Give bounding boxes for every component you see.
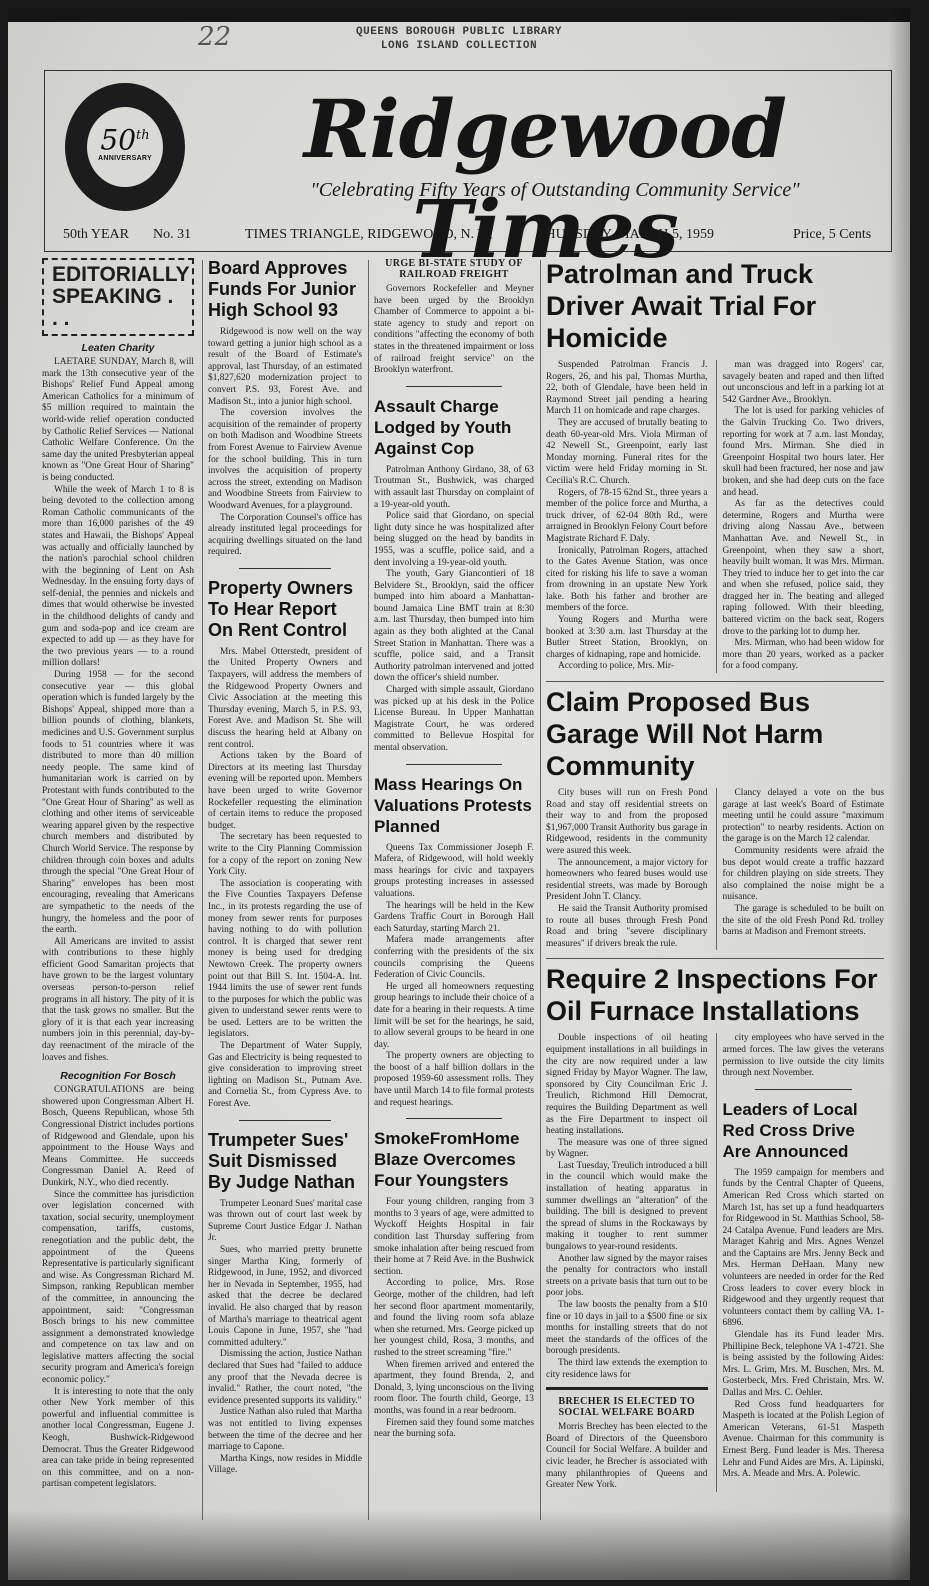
article-paragraph: Trumpeter Leonard Sues' marital case was… xyxy=(208,1199,362,1245)
headline-railroad-freight: URGE BI-STATE STUDY OF RAILROAD FREIGHT xyxy=(374,258,534,280)
editorial-paragraph: LAETARE SUNDAY, March 8, will mark the 1… xyxy=(42,357,194,485)
article-paragraph: The 1959 campaign for members and funds … xyxy=(723,1168,885,1330)
article-paragraph: Community residents were afraid the bus … xyxy=(723,846,885,904)
article-paragraph: Glendale has its Fund leader Mrs. Philli… xyxy=(723,1330,885,1400)
handwritten-mark: 22 xyxy=(198,22,231,52)
article-bus-garage-left: City buses will run on Fresh Pond Road a… xyxy=(546,788,708,950)
article-trumpeter: Trumpeter Leonard Sues' marital case was… xyxy=(208,1199,362,1477)
article-paragraph: Rogers, of 78-15 62nd St., three years a… xyxy=(546,488,708,546)
article-paragraph: The coversion involves the acquisition o… xyxy=(208,408,362,512)
location: TIMES TRIANGLE, RIDGEWOOD, N. Y., xyxy=(245,227,492,243)
newspaper-page: QUEENS BOROUGH PUBLIC LIBRARY LONG ISLAN… xyxy=(8,8,910,1580)
article-paragraph: When firemen arrived and entered the apa… xyxy=(374,1360,534,1418)
article-paragraph: The property owners are objecting to the… xyxy=(374,1051,534,1109)
article-paragraph: Ironically, Patrolman Rogers, attached t… xyxy=(546,546,708,616)
article-paragraph: Morris Brechey has been elected to the B… xyxy=(546,1422,708,1492)
article-paragraph: Mrs. Mabel Otterstedt, president of the … xyxy=(208,647,362,751)
article-paragraph: City buses will run on Fresh Pond Road a… xyxy=(546,788,708,858)
article-paragraph: The hearings will be held in the Kew Gar… xyxy=(374,901,534,936)
article-junior-high: Ridgewood is now well on the way toward … xyxy=(208,327,362,559)
editorial-paragraph: Since the committee has jurisdiction ove… xyxy=(42,1190,194,1387)
editorial-paragraph: It is interesting to note that the only … xyxy=(42,1387,194,1491)
article-smoke-blaze: Four young children, ranging from 3 mont… xyxy=(374,1197,534,1440)
editorial-box-heading: EDITORIALLY SPEAKING . . . xyxy=(42,258,194,336)
library-stamp-line1: QUEENS BOROUGH PUBLIC LIBRARY xyxy=(8,26,910,38)
seal-label: ANNIVERSARY xyxy=(87,155,163,162)
article-paragraph: The measure was one of three signed by W… xyxy=(546,1138,708,1161)
headline-junior-high: Board Approves Funds For Junior High Sch… xyxy=(208,258,362,321)
dateline: 50th YEAR No. 31 TIMES TRIANGLE, RIDGEWO… xyxy=(45,221,891,247)
editorial-subhead-bosch: Recognition For Bosch xyxy=(42,1070,194,1082)
article-paragraph: Queens Tax Commissioner Joseph F. Mafera… xyxy=(374,843,534,901)
article-paragraph: According to police, Mrs. Mir- xyxy=(546,661,708,673)
article-paragraph: The Corporation Counsel's office has alr… xyxy=(208,513,362,559)
masthead: 50th ANNIVERSARY Ridgewood Times "Celebr… xyxy=(44,70,892,252)
article-paragraph: Dismissing the action, Justice Nathan de… xyxy=(208,1349,362,1407)
article-paragraph: Martha Kings, now resides in Middle Vill… xyxy=(208,1454,362,1477)
editorial-subhead-charity: Leaten Charity xyxy=(42,342,194,354)
article-paragraph: Another law signed by the mayor raises t… xyxy=(546,1254,708,1300)
article-rent-control: Mrs. Mabel Otterstedt, president of the … xyxy=(208,647,362,1111)
article-paragraph: He said the Transit Authority promised t… xyxy=(546,904,708,950)
article-paragraph: Firemen said they found some matches nea… xyxy=(374,1418,534,1441)
article-paragraph: The third law extends the exemption to c… xyxy=(546,1358,708,1381)
article-paragraph: The secretary has been requested to writ… xyxy=(208,832,362,878)
article-bus-garage-right: Clancy delayed a vote on the bus garage … xyxy=(716,788,885,950)
right-section: Patrolman and Truck Driver Await Trial F… xyxy=(546,258,884,1492)
editorial-paragraph: All Americans are invited to assist with… xyxy=(42,937,194,1065)
slogan: "Celebrating Fifty Years of Outstanding … xyxy=(245,179,865,202)
article-paragraph: Double inspections of oil heating equipm… xyxy=(546,1033,708,1137)
column-2: Board Approves Funds For Junior High Sch… xyxy=(208,258,362,1477)
issue-date: THURSDAY, MARCH 5, 1959 xyxy=(537,227,714,243)
editorial-paragraph: During 1958 — for the second consecutive… xyxy=(42,670,194,937)
article-paragraph: They are accused of brutally beating to … xyxy=(546,418,708,488)
article-paragraph: Sues, who married pretty brunette singer… xyxy=(208,1245,362,1349)
article-paragraph: The garage is scheduled to be built on t… xyxy=(723,904,885,939)
article-paragraph: Patrolman Anthony Girdano, 38, of 63 Tro… xyxy=(374,465,534,511)
article-paragraph: Mafera made arrangements after conferrin… xyxy=(374,935,534,981)
article-brecher: Morris Brechey has been elected to the B… xyxy=(546,1422,708,1492)
article-oil-furnace-left: Double inspections of oil heating equipm… xyxy=(546,1033,708,1381)
article-mass-hearings: Queens Tax Commissioner Joseph F. Mafera… xyxy=(374,843,534,1110)
library-stamp-line2: LONG ISLAND COLLECTION xyxy=(8,40,910,52)
headline-rent-control: Property Owners To Hear Report On Rent C… xyxy=(208,578,362,641)
article-paragraph: The law boosts the penalty from a $10 fi… xyxy=(546,1300,708,1358)
editorial-paragraph: While the week of March 1 to 8 is being … xyxy=(42,485,194,671)
article-paragraph: Mrs. Mirman, who had been widow for more… xyxy=(723,638,885,673)
article-paragraph: He urged all homeowners requesting group… xyxy=(374,982,534,1052)
article-paragraph: Suspended Patrolman Francis J. Rogers, 2… xyxy=(546,360,708,418)
headline-assault-charge: Assault Charge Lodged by Youth Against C… xyxy=(374,396,534,459)
article-paragraph: Governors Rockefeller and Meyner have be… xyxy=(374,284,534,377)
volume-year: 50th YEAR xyxy=(63,227,129,243)
article-homicide-right: man was dragged into Rogers' car, savage… xyxy=(716,360,885,673)
headline-smoke-blaze: SmokeFromHome Blaze Overcomes Four Young… xyxy=(374,1128,534,1191)
article-paragraph: The association is cooperating with the … xyxy=(208,879,362,1041)
headline-oil-furnace: Require 2 Inspections For Oil Furnace In… xyxy=(546,963,884,1027)
headline-red-cross: Leaders of Local Red Cross Drive Are Ann… xyxy=(723,1099,885,1162)
article-paragraph: Police said that Giordano, on special li… xyxy=(374,511,534,569)
article-paragraph: Justice Nathan also ruled that Martha wa… xyxy=(208,1407,362,1453)
article-paragraph: Ridgewood is now well on the way toward … xyxy=(208,327,362,408)
issue-number: No. 31 xyxy=(153,227,191,243)
article-paragraph: man was dragged into Rogers' car, savage… xyxy=(723,360,885,406)
article-paragraph: According to police, Mrs. Rose George, m… xyxy=(374,1278,534,1359)
article-paragraph: Last Tuesday, Treulich introduced a bill… xyxy=(546,1161,708,1254)
editorial-paragraph: CONGRATULATIONS are being showered upon … xyxy=(42,1085,194,1189)
article-oil-furnace-right: city employees who have served in the ar… xyxy=(723,1033,885,1079)
article-paragraph: The youth, Gary Giancontieri of 18 Belvi… xyxy=(374,569,534,685)
article-railroad-freight: Governors Rockefeller and Meyner have be… xyxy=(374,284,534,377)
article-paragraph: The lot is used for parking vehicles of … xyxy=(723,406,885,499)
article-paragraph: As far as the detectives could determine… xyxy=(723,499,885,638)
anniversary-seal-icon: 50th ANNIVERSARY xyxy=(65,83,185,211)
seal-suffix: th xyxy=(136,128,150,143)
article-paragraph: The Department of Water Supply, Gas and … xyxy=(208,1041,362,1111)
headline-homicide: Patrolman and Truck Driver Await Trial F… xyxy=(546,258,884,354)
scan-border xyxy=(8,8,910,22)
article-paragraph: Charged with simple assault, Giordano wa… xyxy=(374,685,534,755)
article-red-cross: The 1959 campaign for members and funds … xyxy=(723,1168,885,1481)
editorial-column: EDITORIALLY SPEAKING . . . Leaten Charit… xyxy=(42,258,194,1491)
headline-trumpeter: Trumpeter Sues' Suit Dismissed By Judge … xyxy=(208,1130,362,1193)
article-paragraph: Clancy delayed a vote on the bus garage … xyxy=(723,788,885,846)
headline-bus-garage: Claim Proposed Bus Garage Will Not Harm … xyxy=(546,686,884,782)
seal-number: 50 xyxy=(100,123,136,156)
article-paragraph: Young Rogers and Murtha were booked at 3… xyxy=(546,615,708,661)
article-paragraph: The announcement, a major victory for ho… xyxy=(546,858,708,904)
article-paragraph: Four young children, ranging from 3 mont… xyxy=(374,1197,534,1278)
price: Price, 5 Cents xyxy=(793,227,871,243)
article-paragraph: Actions taken by the Board of Directors … xyxy=(208,751,362,832)
column-3: URGE BI-STATE STUDY OF RAILROAD FREIGHT … xyxy=(374,258,534,1441)
headline-brecher: BRECHER IS ELECTED TO SOCIAL WELFARE BOA… xyxy=(546,1396,708,1418)
article-assault-charge: Patrolman Anthony Girdano, 38, of 63 Tro… xyxy=(374,465,534,755)
article-paragraph: city employees who have served in the ar… xyxy=(723,1033,885,1079)
article-homicide-left: Suspended Patrolman Francis J. Rogers, 2… xyxy=(546,360,708,673)
headline-mass-hearings: Mass Hearings On Valuations Protests Pla… xyxy=(374,774,534,837)
article-paragraph: Red Cross fund headquarters for Maspeth … xyxy=(723,1400,885,1481)
